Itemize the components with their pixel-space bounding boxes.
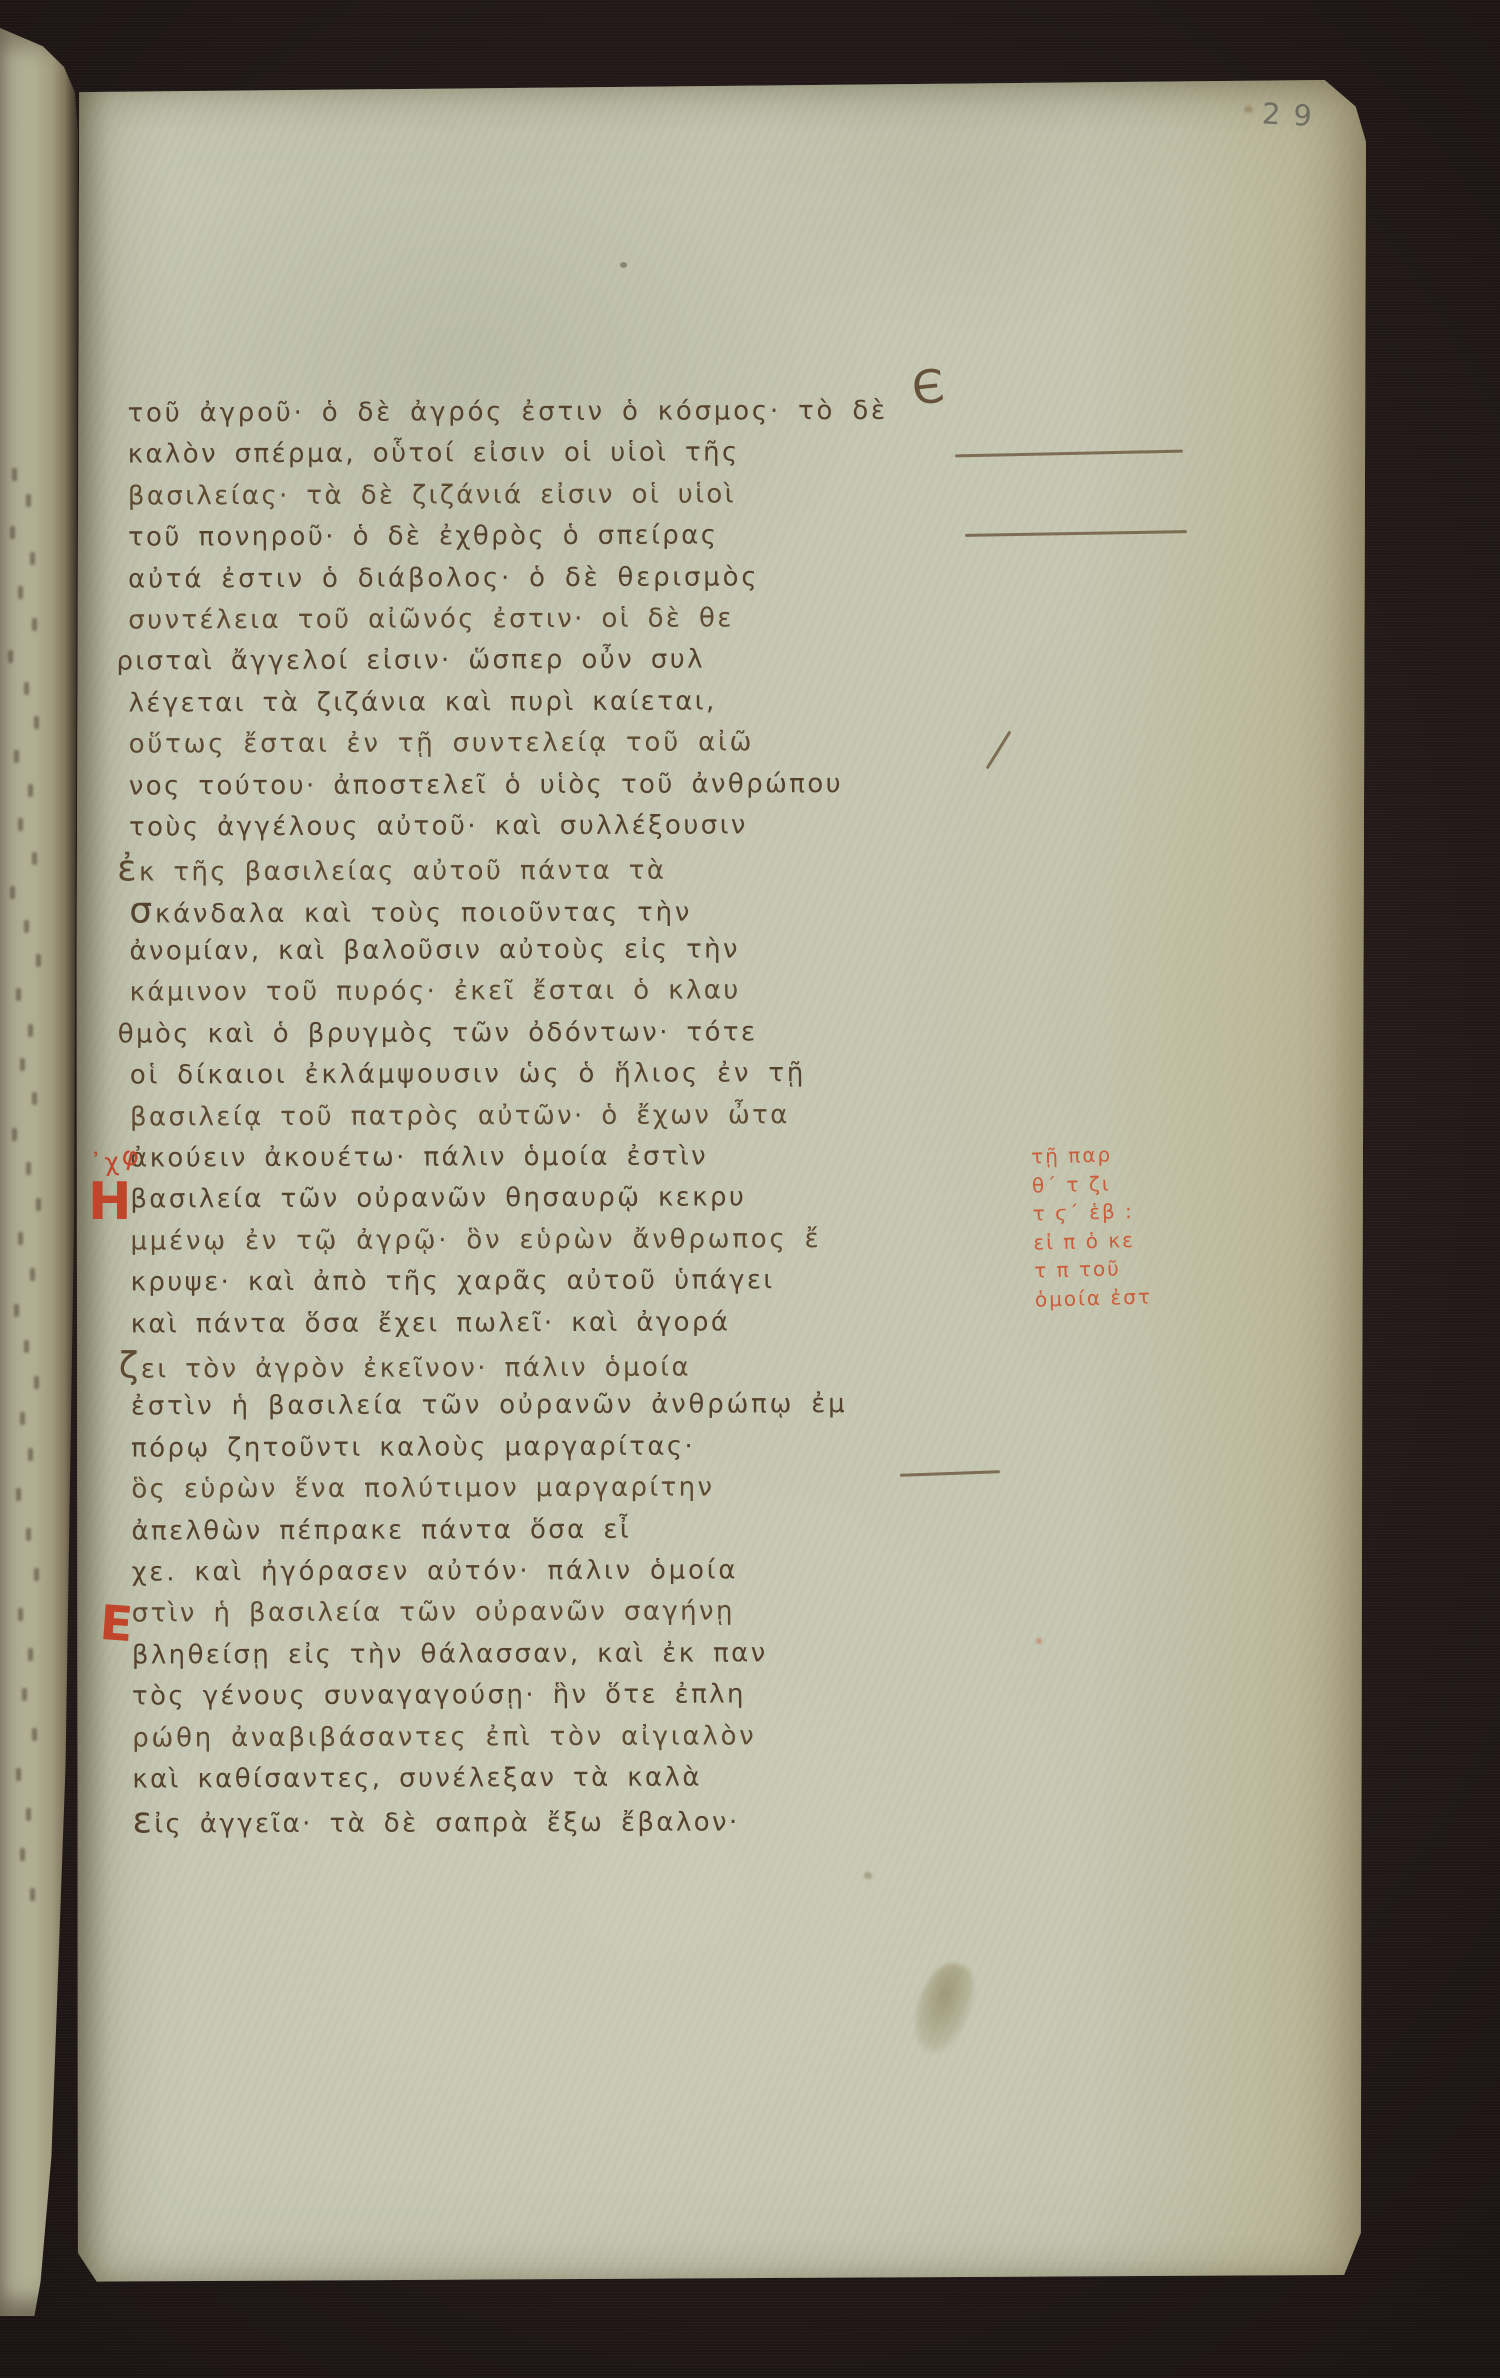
text-line: νος τούτου· ἀποστελεῖ ὁ υἱὸς τοῦ ἀνθρώπο… xyxy=(129,763,999,807)
text-line: βασιλείας· τὰ δὲ ζιζάνιά εἰσιν οἱ υἱοὶ xyxy=(128,473,998,517)
rubric-note-line: ὁμοία ἐστ xyxy=(1035,1280,1236,1314)
text-line: ἀκούειν ἀκουέτω· πάλιν ὁμοία ἐστὶν xyxy=(130,1136,1000,1180)
text-line: ρώθη ἀναβιβάσαντες ἐπὶ τὸν αἰγιαλὸν xyxy=(132,1715,1002,1759)
gospel-text-block: τοῦ ἀγροῦ· ὁ δὲ ἀγρός ἐστιν ὁ κόσμος· τὸ… xyxy=(127,390,1002,1842)
folio-number: 29 xyxy=(1261,96,1326,133)
text-line: συντέλεια τοῦ αἰῶνός ἐστιν· οἱ δὲ θε xyxy=(128,597,998,641)
manuscript-page: 29 Є τοῦ ἀγροῦ· ὁ δὲ ἀγρός ἐστιν ὁ κόσμο… xyxy=(76,80,1366,2286)
text-line: ρισταὶ ἄγγελοί εἰσιν· ὥσπερ οὖν συλ xyxy=(116,639,998,683)
text-line: εἰς ἀγγεῖα· τὰ δὲ σαπρὰ ἔξω ἔβαλον· xyxy=(132,1798,1002,1842)
rubric-margin-note: τῇ παρ θ´ τ ζι τ ϛ´ ἑβ : εἰ π ὁ κε τ π τ… xyxy=(1031,1137,1235,1313)
text-line: ἀνομίαν, καὶ βαλοῦσιν αὐτοὺς εἰς τὴν xyxy=(129,929,999,973)
text-line: βληθείσῃ εἰς τὴν θάλασσαν, καὶ ἐκ παν xyxy=(132,1632,1002,1676)
text-line: τοῦ ἀγροῦ· ὁ δὲ ἀγρός ἐστιν ὁ κόσμος· τὸ… xyxy=(127,390,997,434)
text-line: πόρῳ ζητοῦντι καλοὺς μαργαρίτας· xyxy=(131,1425,1001,1469)
rubric-initial-epsilon: Ε xyxy=(98,1595,135,1653)
text-line: καὶ πάντα ὅσα ἔχει πωλεῖ· καὶ ἀγορά xyxy=(131,1301,1001,1345)
ink-speck xyxy=(864,1872,872,1879)
text-line: μμένῳ ἐν τῷ ἀγρῷ· ὃν εὑρὼν ἄνθρωπος ἔ xyxy=(130,1218,1000,1262)
text-line: θμὸς καὶ ὁ βρυγμὸς τῶν ὀδόντων· τότε xyxy=(118,1011,1000,1055)
text-line: καλὸν σπέρμα, οὗτοί εἰσιν οἱ υἱοὶ τῆς xyxy=(128,432,998,476)
ink-speck xyxy=(1244,106,1253,113)
text-line: κάμινον τοῦ πυρός· ἐκεῖ ἔσται ὁ κλαυ xyxy=(129,970,999,1014)
text-line: οἱ δίκαιοι ἐκλάμψουσιν ὡς ὁ ἥλιος ἐν τῇ xyxy=(130,1053,1000,1097)
text-line: σκάνδαλα καὶ τοὺς ποιοῦντας τὴν xyxy=(129,887,999,931)
text-line: βασιλεία τῶν οὐρανῶν θησαυρῷ κεκρυ xyxy=(130,1177,1000,1221)
text-line: τὸς γένους συναγαγούσῃ· ἣν ὅτε ἐπλη xyxy=(132,1674,1002,1718)
text-line: τοῦ πονηροῦ· ὁ δὲ ἐχθρὸς ὁ σπείρας xyxy=(128,515,998,559)
line-filler-stroke xyxy=(965,530,1187,537)
rubric-initial-eta: Η xyxy=(88,1172,132,1232)
text-line: ἀπελθὼν πέπρακε πάντα ὅσα εἶ xyxy=(131,1508,1001,1552)
text-line: κρυψε· καὶ ἀπὸ τῆς χαρᾶς αὐτοῦ ὑπάγει xyxy=(131,1260,1001,1304)
text-line: ὃς εὑρὼν ἕνα πολύτιμον μαργαρίτην xyxy=(131,1467,1001,1511)
red-speck xyxy=(1036,1638,1042,1644)
text-line: βασιλείᾳ τοῦ πατρὸς αὐτῶν· ὁ ἔχων ὦτα xyxy=(130,1094,1000,1138)
text-line: αὐτά ἐστιν ὁ διάβολος· ὁ δὲ θερισμὸς xyxy=(128,556,998,600)
text-line: στὶν ἡ βασιλεία τῶν οὐρανῶν σαγήνῃ xyxy=(132,1591,1002,1635)
text-line: ζει τὸν ἀγρὸν ἐκεῖνον· πάλιν ὁμοία xyxy=(119,1342,1001,1386)
text-line: ἐκ τῆς βασιλείας αὐτοῦ πάντα τὰ xyxy=(117,846,999,890)
text-line: λέγεται τὰ ζιζάνια καὶ πυρὶ καίεται, xyxy=(128,680,998,724)
text-line: τοὺς ἀγγέλους αὐτοῦ· καὶ συλλέξουσιν xyxy=(129,804,999,848)
text-line: καὶ καθίσαντες, συνέλεξαν τὰ καλὰ xyxy=(132,1756,1002,1800)
text-line: οὕτως ἔσται ἐν τῇ συντελείᾳ τοῦ αἰῶ xyxy=(129,722,999,766)
facing-page-text-bleed xyxy=(12,468,17,481)
text-line: ἐστὶν ἡ βασιλεία τῶν οὐρανῶν ἀνθρώπῳ ἐμ xyxy=(131,1384,1001,1428)
ink-speck xyxy=(620,262,627,268)
parchment-stain xyxy=(906,1957,982,2062)
text-line: χε. καὶ ἠγόρασεν αὐτόν· πάλιν ὁμοία xyxy=(132,1549,1002,1593)
